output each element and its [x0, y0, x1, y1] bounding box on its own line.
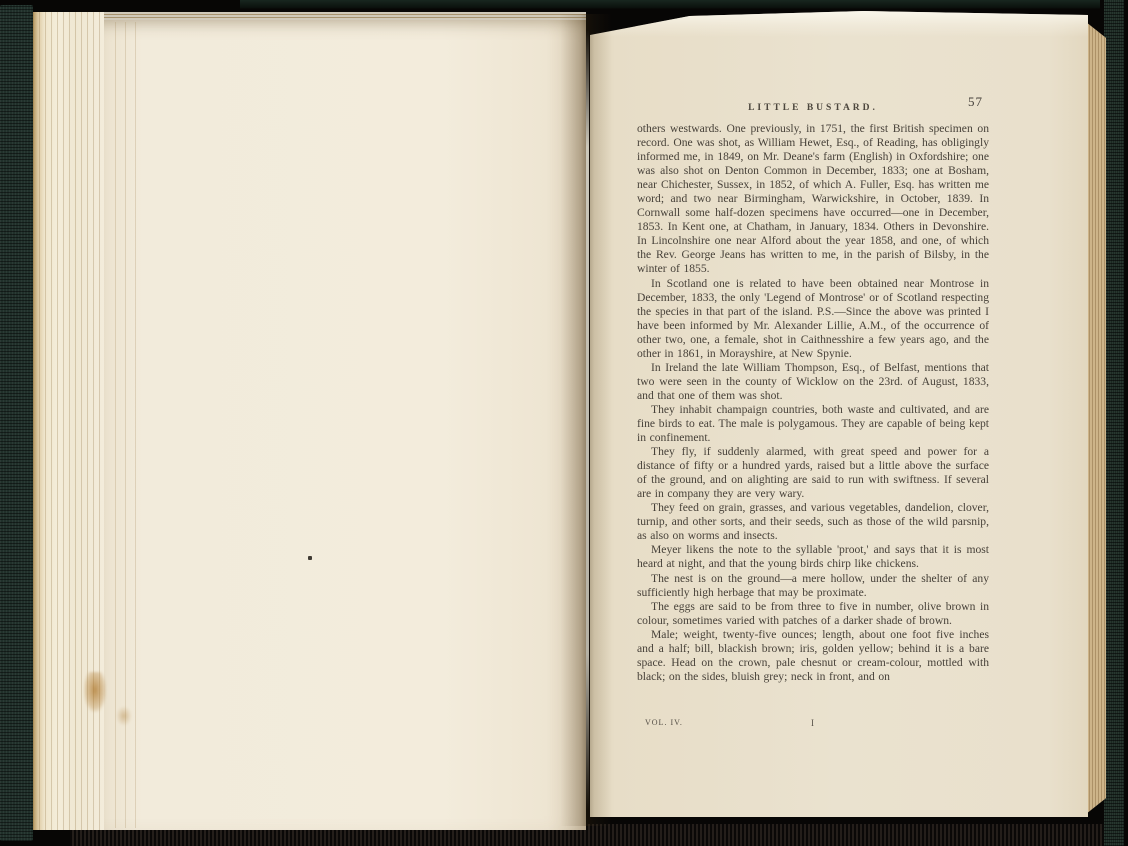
paragraph: The eggs are said to be from three to fi… [637, 600, 989, 628]
signature-mark: I [637, 718, 989, 728]
paragraph: In Scotland one is related to have been … [637, 277, 989, 361]
page-top-bevel [590, 11, 1088, 37]
right-text-page: LITTLE BUSTARD. 57 others westwards. One… [590, 11, 1088, 817]
body-text: others westwards. One previously, in 175… [637, 122, 989, 684]
foxing-stain-small [116, 706, 132, 726]
paragraph: The nest is on the ground—a mere hollow,… [637, 572, 989, 600]
book-cover-top-edge [240, 0, 1100, 9]
page-number: 57 [968, 94, 983, 110]
right-page-edge-stack [1086, 22, 1106, 814]
paragraph: They feed on grain, grasses, and various… [637, 501, 989, 543]
open-book-photo: LITTLE BUSTARD. 57 others westwards. One… [0, 0, 1128, 846]
paragraph: They fly, if suddenly alarmed, with grea… [637, 445, 989, 501]
book-cover-right [1104, 0, 1124, 846]
paragraph: In Ireland the late William Thompson, Es… [637, 361, 989, 403]
ink-speck [308, 556, 312, 560]
book-cover-left [0, 5, 33, 841]
paragraph: Meyer likens the note to the syllable 'p… [637, 543, 989, 571]
gutter-page-edge-highlight [586, 30, 589, 810]
paragraph: others westwards. One previously, in 175… [637, 122, 989, 277]
paragraph: Male; weight, twenty-five ounces; length… [637, 628, 989, 684]
page-footer: VOL. IV. I [637, 718, 989, 730]
paragraph: They inhabit champaign countries, both w… [637, 403, 989, 445]
foxing-stain-large [84, 672, 106, 712]
page-header: LITTLE BUSTARD. 57 [637, 97, 989, 115]
left-blank-page [104, 20, 586, 830]
running-title: LITTLE BUSTARD. [748, 103, 878, 113]
